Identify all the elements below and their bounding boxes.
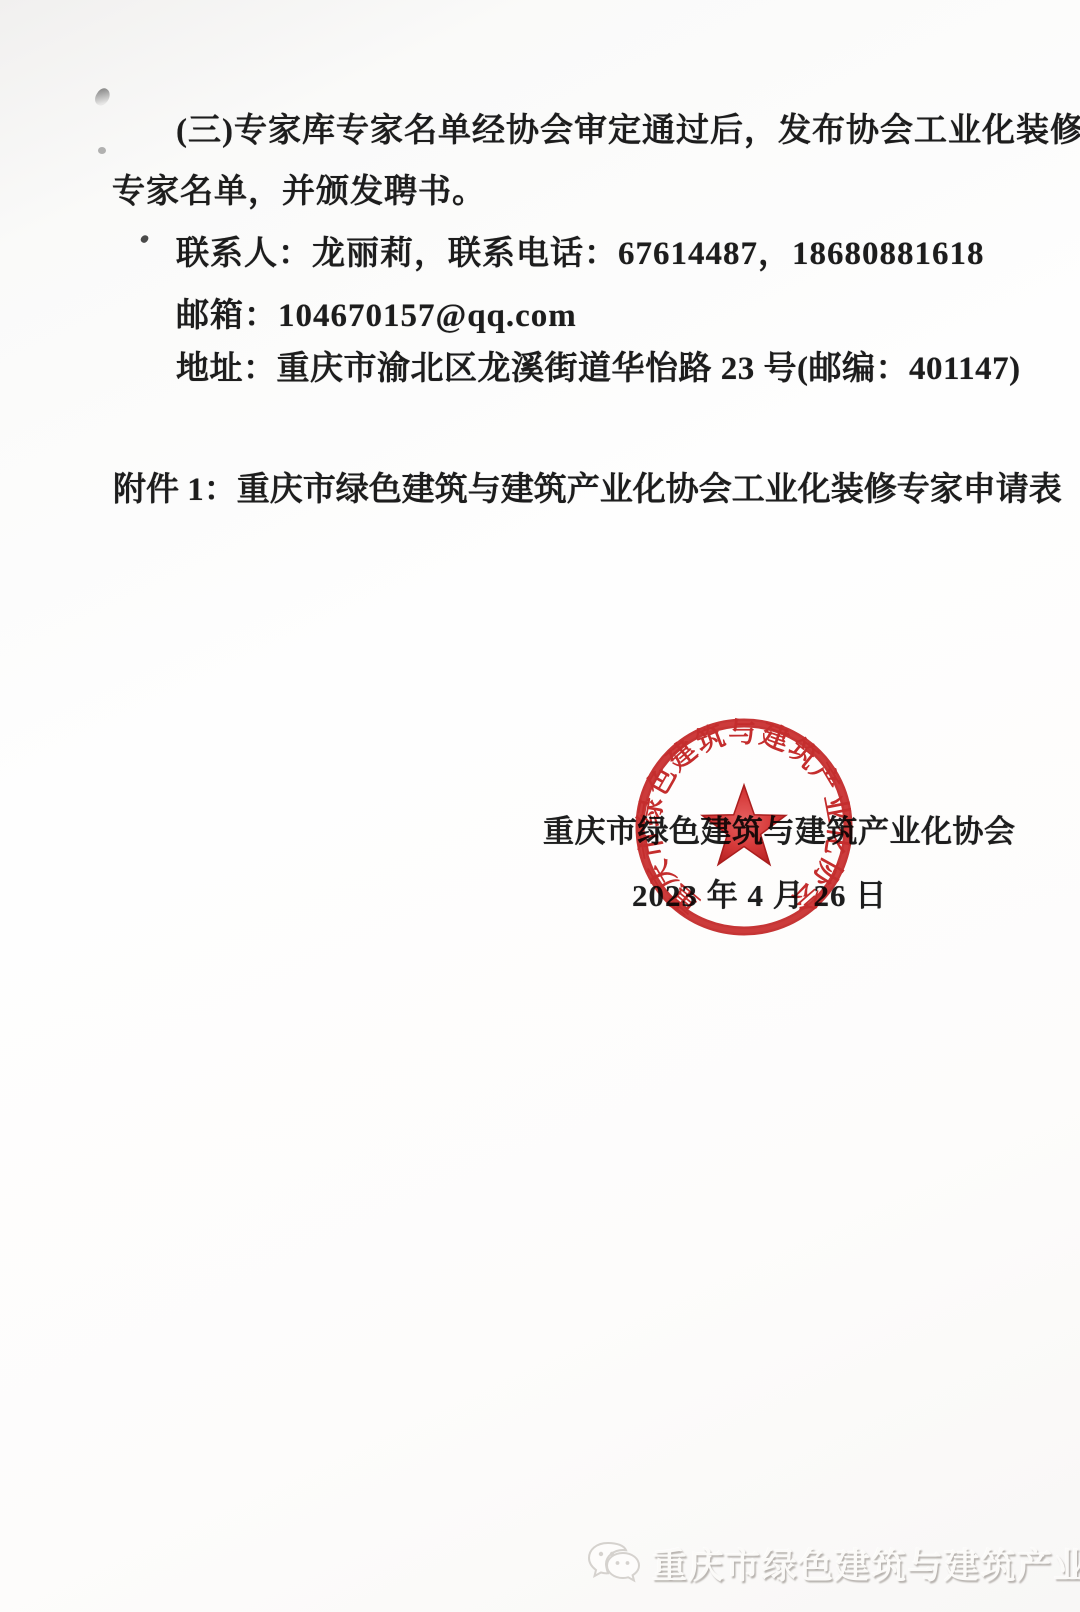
scan-speck-dot: [140, 234, 150, 244]
paragraph-line-1: (三)专家库专家名单经协会审定通过后，发布协会工业化装修: [176, 111, 1080, 151]
footer-watermark-text: 重庆市绿色建筑与建筑产业化协会: [652, 1539, 1080, 1589]
scan-smudge-mark: [98, 147, 106, 154]
signature-date: 2023 年 4 月 26 日: [632, 876, 887, 916]
attachment-line: 附件 1：重庆市绿色建筑与建筑产业化协会工业化装修专家申请表: [113, 470, 1062, 510]
footer-watermark: 重庆市绿色建筑与建筑产业化协会: [586, 1536, 1080, 1592]
paragraph-line-2: 专家名单，并颁发聘书。: [112, 172, 486, 212]
wechat-icon: [586, 1539, 644, 1589]
document-page: (三)专家库专家名单经协会审定通过后，发布协会工业化装修 专家名单，并颁发聘书。…: [0, 0, 1080, 1612]
address-line: 地址：重庆市渝北区龙溪街道华怡路 23 号(邮编：401147): [176, 349, 1021, 389]
scan-smudge-mark: [92, 86, 113, 108]
email-line: 邮箱：104670157@qq.com: [176, 296, 577, 336]
contact-person-line: 联系人：龙丽莉，联系电话：67614487，18680881618: [176, 234, 985, 274]
signature-organization: 重庆市绿色建筑与建筑产业化协会: [543, 812, 1016, 852]
